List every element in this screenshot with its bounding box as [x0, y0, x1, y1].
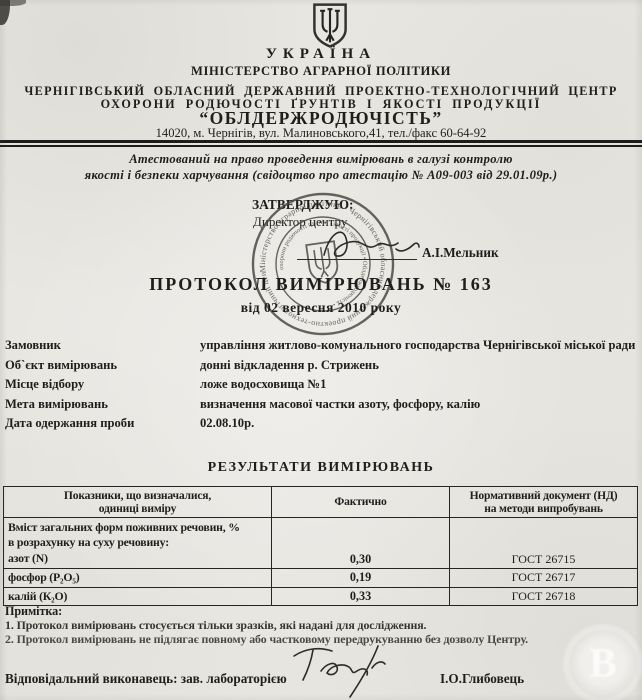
document-page: УКРАЇНА МІНІСТЕРСТВО АГРАРНОЇ ПОЛІТИКИ Ч… — [0, 0, 642, 700]
document-title: ПРОТОКОЛ ВИМІРЮВАНЬ № 163 — [0, 274, 642, 295]
accreditation-line-2: якості і безпеки харчування (свідоцтво п… — [0, 168, 642, 184]
document-date: від 02 вересня 2010 року — [0, 300, 642, 316]
table-row-phosphorus: фосфор (P₂O₅) 0,19 ГОСТ 26717 — [4, 569, 638, 588]
field-value-sample-date: 02.08.10р. — [200, 414, 636, 434]
table-row-nitrogen: Вміст загальних форм поживних речовин, %… — [4, 518, 638, 569]
value-cell: 0,19 — [272, 569, 450, 588]
ministry-line: МІНІСТЕРСТВО АГРАРНОЇ ПОЛІТИКИ — [0, 64, 642, 79]
standard-cell: ГОСТ 26715 — [450, 518, 638, 569]
ukraine-trident-emblem — [306, 3, 354, 49]
notes-label: Примітка: — [5, 605, 528, 619]
value-cell: 0,33 — [272, 587, 450, 606]
column-header-actual: Фактично — [272, 487, 450, 518]
approver-name: А.І.Мельник — [422, 245, 499, 261]
field-value-object: донні відкладення р. Стрижень — [200, 356, 636, 376]
column-header-indicators: Показники, що визначалися, одиниці вимір… — [4, 487, 272, 518]
table-header-row: Показники, що визначалися, одиниці вимір… — [4, 487, 638, 518]
scan-artifact-corner-bar — [0, 0, 26, 6]
executor-line: Відповідальний виконавець: зав. лаборато… — [5, 671, 287, 687]
field-value-sampling-place: ложе водосховища №1 — [200, 375, 636, 395]
field-label-customer: Замовник — [5, 336, 200, 356]
accreditation-line-1: Атестований на право проведення вимірюва… — [0, 152, 642, 168]
watermark-seal: B — [563, 624, 642, 700]
field-value-purpose: визначення масової частки азоту, фосфору… — [200, 395, 636, 415]
executor-name: І.О.Глибовець — [440, 671, 524, 687]
request-fields: Замовник управління житлово-комунального… — [5, 336, 637, 434]
field-label-sampling-place: Місце відбору — [5, 375, 200, 395]
results-table: Показники, що визначалися, одиниці вимір… — [3, 486, 638, 606]
value-cell: 0,30 — [272, 518, 450, 569]
note-item-1: 1. Протокол вимірювань стосується тільки… — [5, 619, 528, 633]
executor-label: Відповідальний виконавець: зав. лаборато… — [5, 671, 287, 686]
org-address: 14020, м. Чернігів, вул. Малиновського,4… — [0, 126, 642, 141]
indicator-cell: фосфор (P₂O₅) — [4, 569, 272, 588]
results-section-title: РЕЗУЛЬТАТИ ВИМІРЮВАНЬ — [0, 460, 642, 476]
notes-section: Примітка: 1. Протокол вимірювань стосуєт… — [5, 605, 528, 646]
executor-signature — [288, 638, 408, 698]
note-item-2: 2. Протокол вимірювань не підлягає повно… — [5, 633, 528, 647]
indicator-cell: калій (К₂О) — [4, 587, 272, 606]
field-value-customer: управління житлово-комунального господар… — [200, 336, 636, 356]
standard-cell: ГОСТ 26718 — [450, 587, 638, 606]
field-label-purpose: Мета вимірювань — [5, 395, 200, 415]
country-name: УКРАЇНА — [0, 46, 642, 63]
field-label-object: Об`єкт вимірювань — [5, 356, 200, 376]
column-header-standard: Нормативний документ (НД) на методи випр… — [450, 487, 638, 518]
signature-line — [297, 259, 417, 260]
table-row-potassium: калій (К₂О) 0,33 ГОСТ 26718 — [4, 587, 638, 606]
header-divider-rule — [0, 140, 642, 147]
accreditation-note: Атестований на право проведення вимірюва… — [0, 152, 642, 183]
field-label-sample-date: Дата одержання проби — [5, 414, 200, 434]
indicator-cell: Вміст загальних форм поживних речовин, %… — [4, 518, 272, 569]
standard-cell: ГОСТ 26717 — [450, 569, 638, 588]
watermark-letter: B — [589, 640, 617, 688]
